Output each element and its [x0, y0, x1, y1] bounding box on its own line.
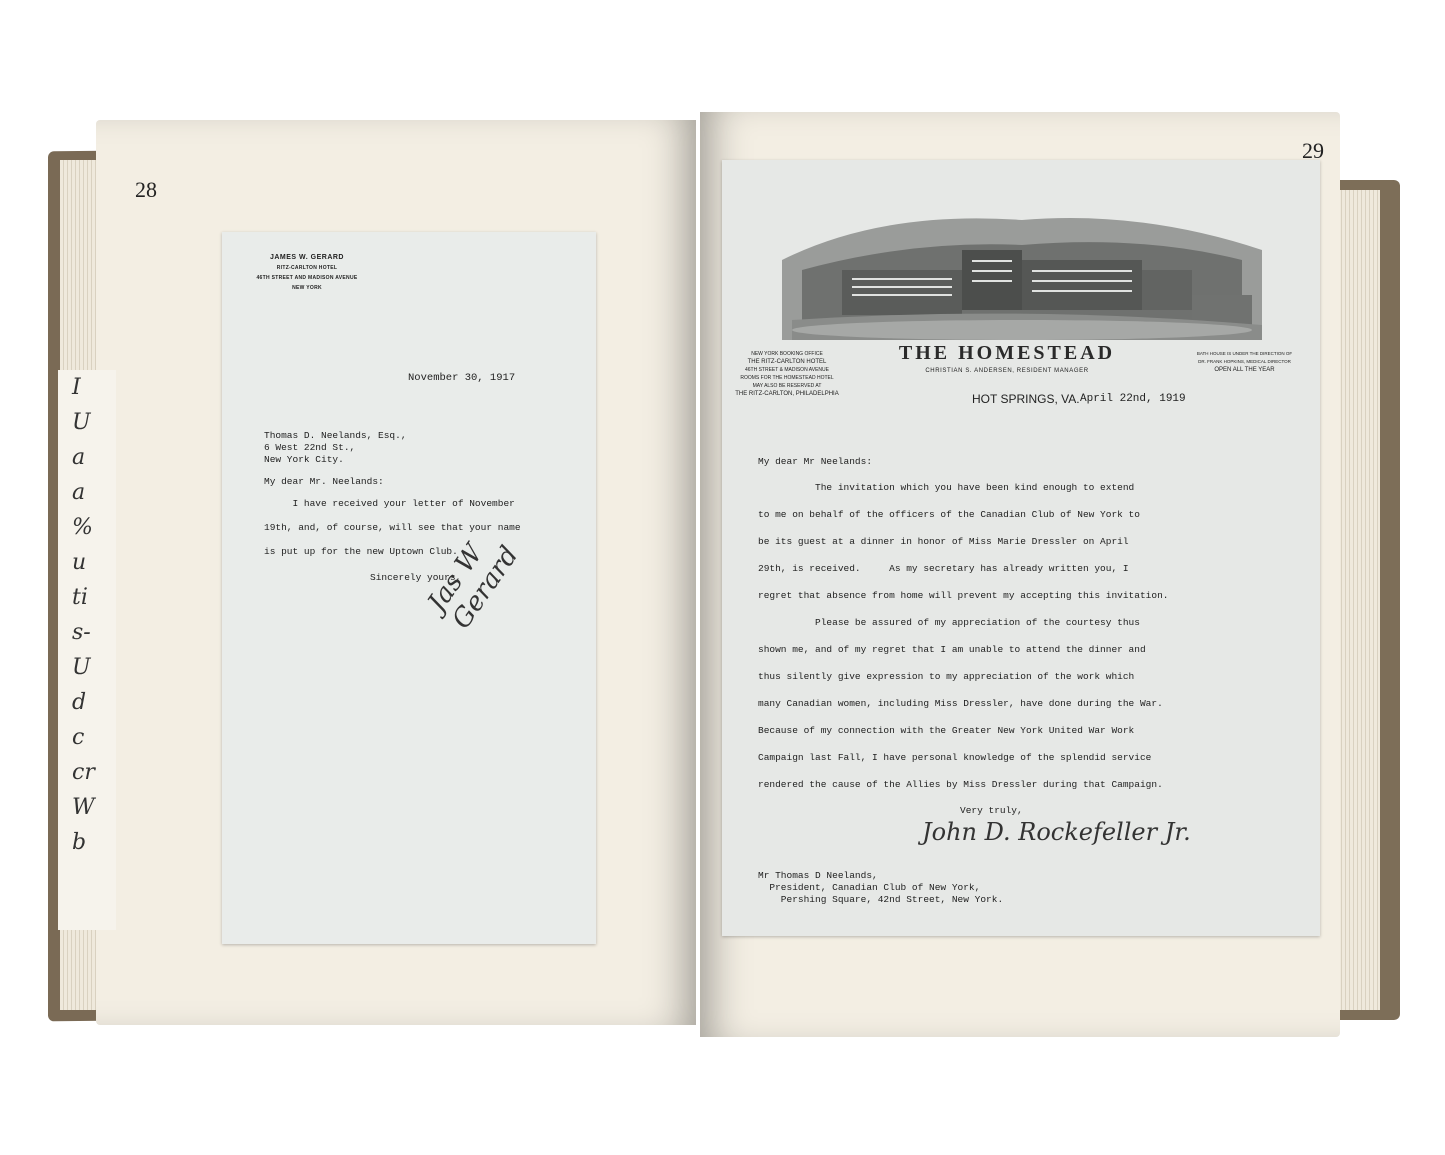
address-line: Thomas D. Neelands, Esq., — [264, 430, 407, 441]
recipient-line: President, Canadian Club of New York, — [758, 882, 980, 893]
body-line: many Canadian women, including Miss Dres… — [758, 698, 1163, 709]
strip-glyph: I — [72, 370, 116, 405]
strip-glyph: U — [72, 650, 116, 685]
body-line: Campaign last Fall, I have personal know… — [758, 752, 1151, 763]
address-line: New York City. — [264, 454, 344, 465]
body-line: Because of my connection with the Greate… — [758, 725, 1134, 736]
strip-glyph: % — [72, 510, 116, 545]
gerard-letter: JAMES W. GERARD RITZ-CARLTON HOTEL 46TH … — [222, 232, 596, 944]
strip-glyph: cr — [72, 755, 116, 790]
letterhead-left-block: NEW YORK BOOKING OFFICE THE RITZ-CARLTON… — [732, 350, 842, 398]
body-line: Please be assured of my appreciation of … — [758, 617, 1140, 628]
strip-glyph: W — [72, 790, 116, 825]
body-line: to me on behalf of the officers of the C… — [758, 509, 1140, 520]
letterhead-right-block: BATH HOUSE IS UNDER THE DIRECTION OF DR.… — [1182, 350, 1307, 374]
rockefeller-letter: NEW YORK BOOKING OFFICE THE RITZ-CARLTON… — [722, 160, 1320, 936]
letterhead-line: 46TH STREET & MADISON AVENUE — [732, 366, 842, 374]
letterhead-place: HOT SPRINGS, VA. — [972, 392, 1080, 406]
letterhead-subtitle: CHRISTIAN S. ANDERSEN, RESIDENT MANAGER — [882, 368, 1132, 374]
homestead-hotel-engraving — [762, 190, 1282, 340]
letter-date: November 30, 1917 — [408, 372, 515, 384]
letterhead-line: OPEN ALL THE YEAR — [1182, 366, 1307, 374]
strip-glyph: s- — [72, 615, 116, 650]
page-number-left: 28 — [135, 177, 157, 203]
strip-glyph: a — [72, 440, 116, 475]
closing: Very truly, — [960, 805, 1023, 816]
letterhead-line: DR. FRANK HOPKINS, MEDICAL DIRECTOR — [1182, 358, 1307, 366]
body-line: rendered the cause of the Allies by Miss… — [758, 779, 1163, 790]
strip-glyph: d — [72, 685, 116, 720]
letter-date: April 22nd, 1919 — [1080, 393, 1186, 405]
recipient-line: Mr Thomas D Neelands, — [758, 870, 878, 881]
body-line: The invitation which you have been kind … — [758, 482, 1134, 493]
strip-glyph: U — [72, 405, 116, 440]
handwritten-margin-strip: I U a a % u ti s- U d c cr W b — [58, 370, 116, 930]
salutation: My dear Mr Neelands: — [758, 456, 872, 467]
letterhead-line: RITZ-CARLTON HOTEL — [252, 265, 362, 271]
body-line: regret that absence from home will preve… — [758, 590, 1168, 601]
body-line: is put up for the new Uptown Club. — [264, 546, 458, 557]
letterhead-gerard: JAMES W. GERARD RITZ-CARLTON HOTEL 46TH … — [252, 254, 362, 291]
letterhead-line: ROOMS FOR THE HOMESTEAD HOTEL — [732, 374, 842, 382]
letterhead-name: JAMES W. GERARD — [270, 254, 344, 261]
strip-glyph: ti — [72, 580, 116, 615]
body-line: thus silently give expression to my appr… — [758, 671, 1134, 682]
body-line: 29th, is received. As my secretary has a… — [758, 563, 1129, 574]
letterhead-line: THE RITZ-CARLTON HOTEL — [732, 358, 842, 366]
letterhead-line: NEW YORK BOOKING OFFICE — [732, 350, 842, 358]
recipient-line: Pershing Square, 42nd Street, New York. — [758, 894, 1003, 905]
body-line: I have received your letter of November — [264, 498, 515, 509]
body-line: be its guest at a dinner in honor of Mis… — [758, 536, 1129, 547]
strip-glyph: a — [72, 475, 116, 510]
letterhead-line: NEW YORK — [252, 285, 362, 291]
body-line: shown me, and of my regret that I am una… — [758, 644, 1146, 655]
strip-glyph: b — [72, 825, 116, 860]
letterhead-line: BATH HOUSE IS UNDER THE DIRECTION OF — [1182, 350, 1307, 358]
strip-glyph: u — [72, 545, 116, 580]
letterhead-line: THE RITZ-CARLTON, PHILADELPHIA — [732, 390, 842, 398]
address-line: 6 West 22nd St., — [264, 442, 355, 453]
letterhead-line: 46TH STREET AND MADISON AVENUE — [252, 275, 362, 281]
letterhead-line: MAY ALSO BE RESERVED AT — [732, 382, 842, 390]
letterhead-title: THE HOMESTEAD — [882, 342, 1132, 365]
strip-glyph: c — [72, 720, 116, 755]
signature-rockefeller: John D. Rockefeller Jr. — [922, 818, 1191, 846]
salutation: My dear Mr. Neelands: — [264, 476, 384, 487]
